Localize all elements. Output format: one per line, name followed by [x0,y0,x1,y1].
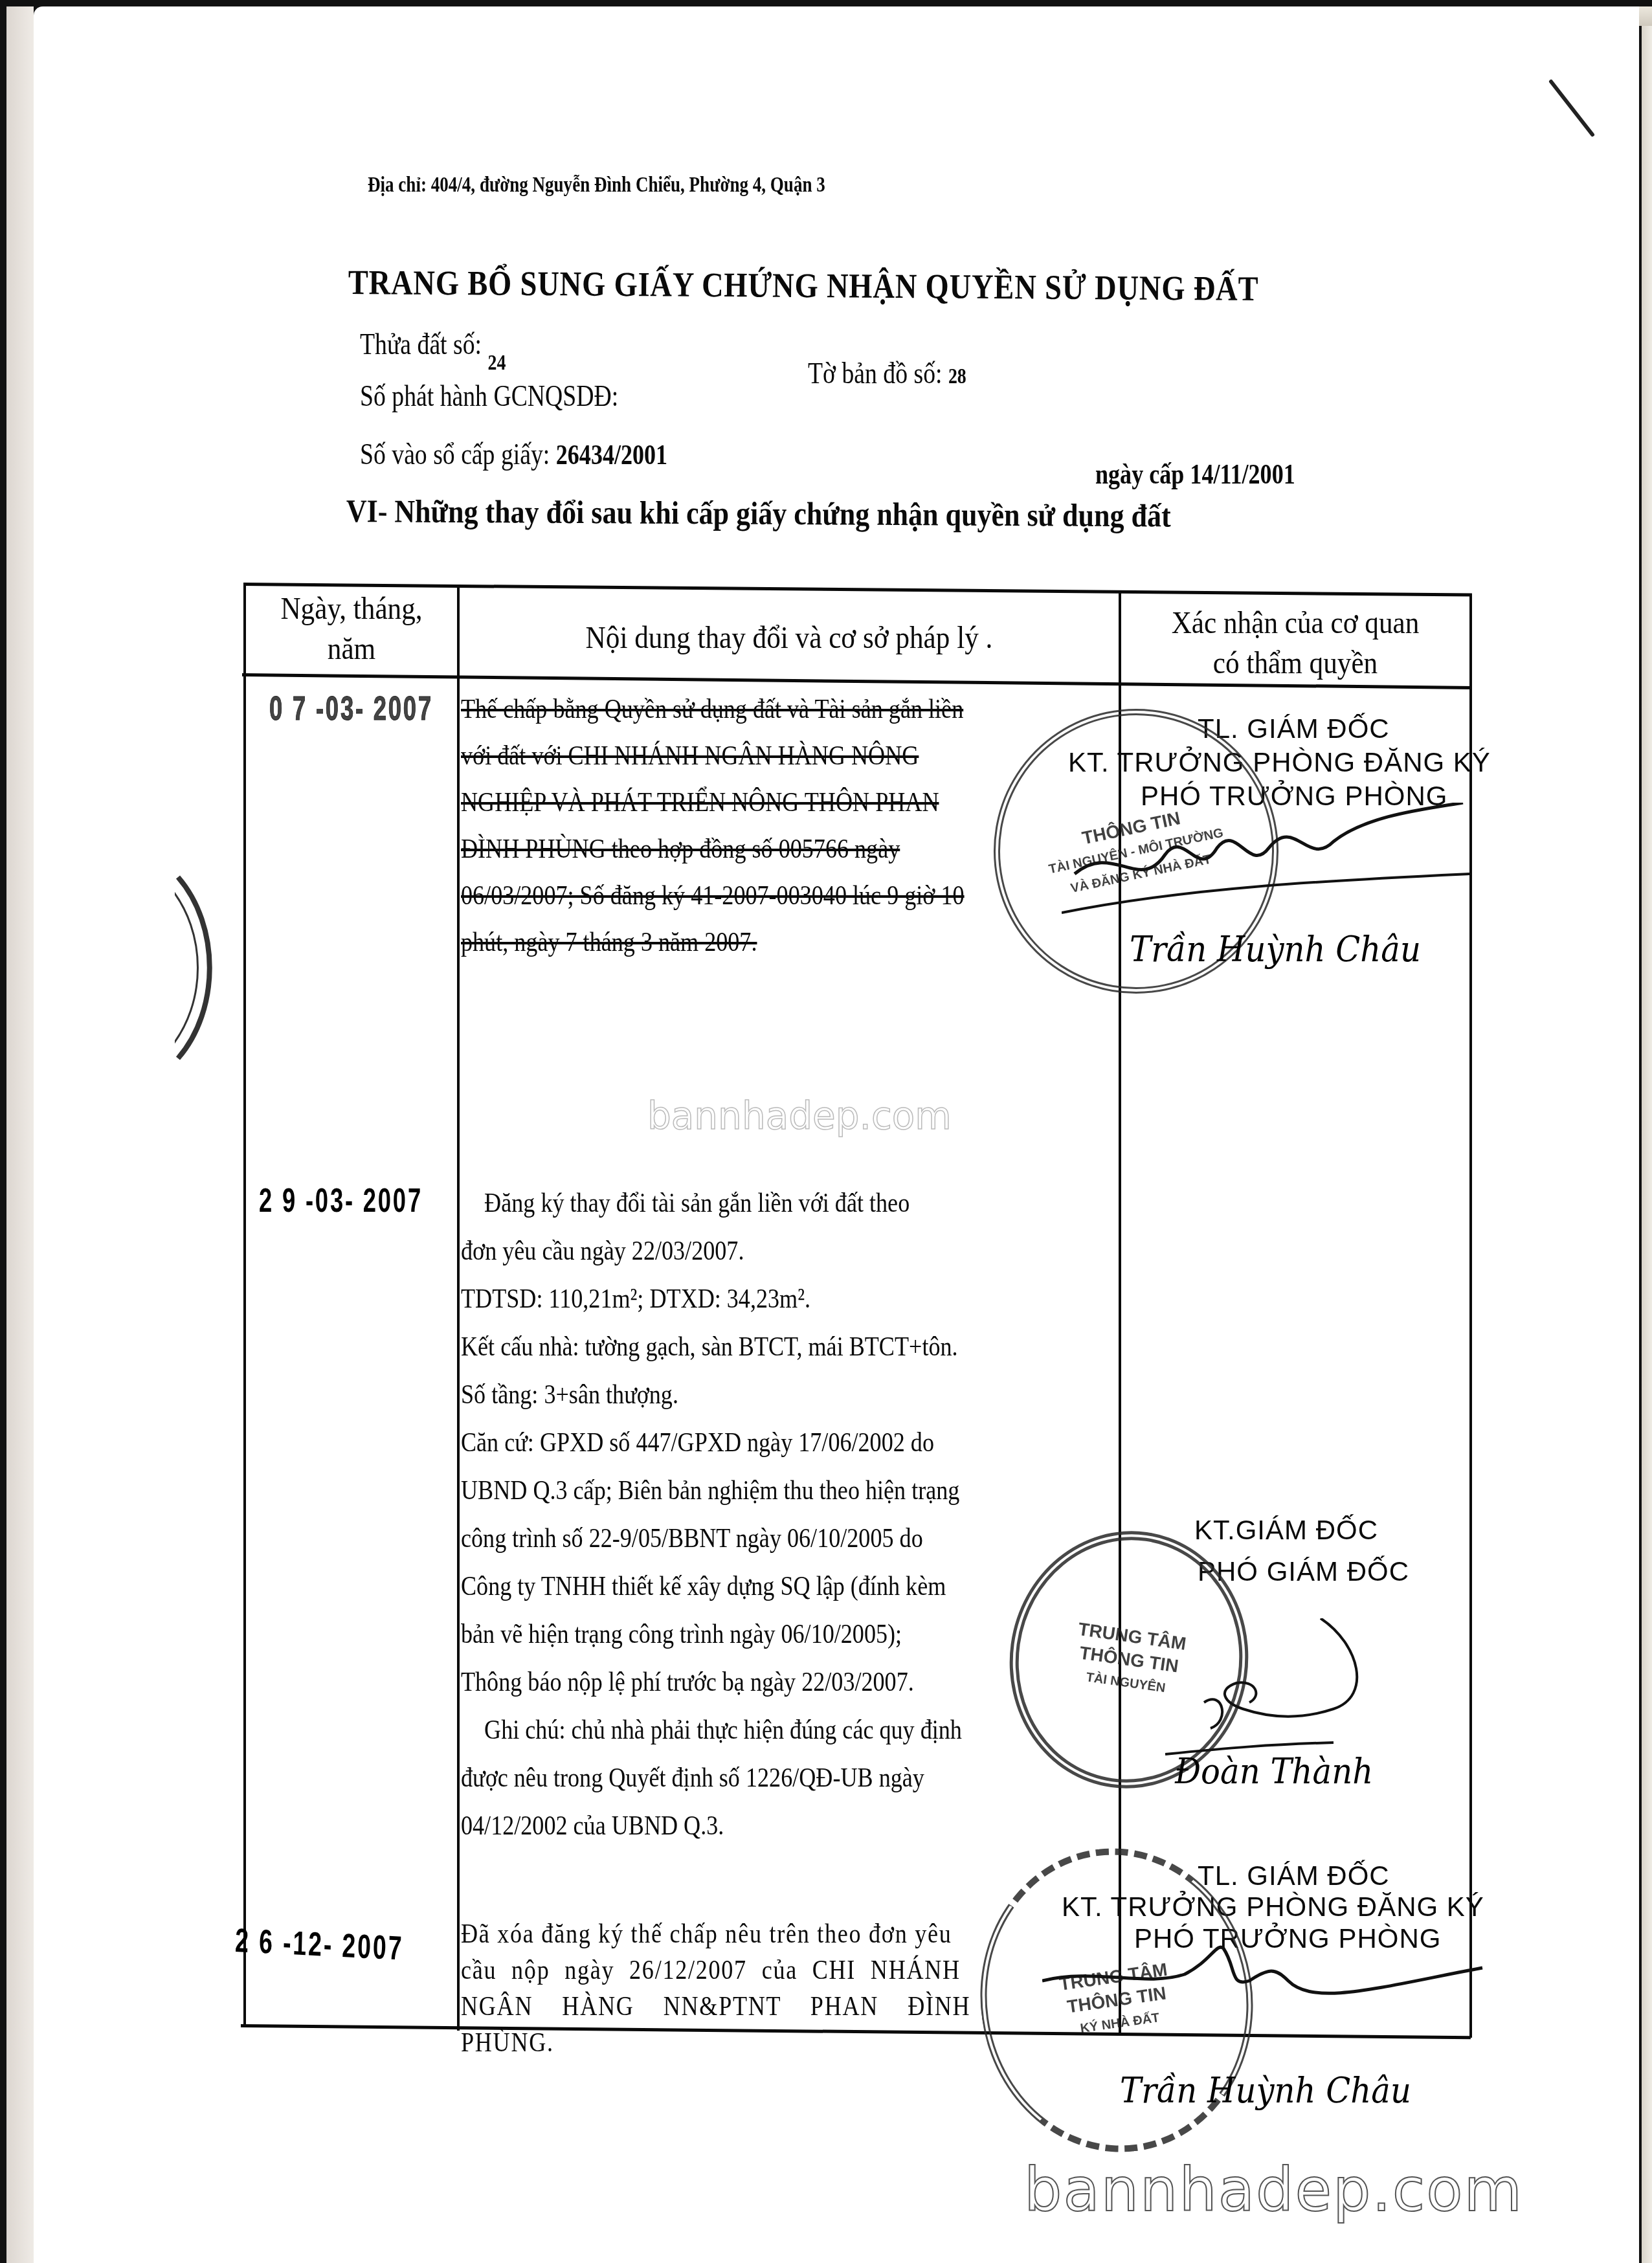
parcel-label: Thửa đất số: 24 [360,327,506,361]
scan-edge-right [1642,26,1652,2263]
authority-title-1: KT.GIÁM ĐỐC [1194,1512,1378,1548]
table-left-border [243,583,246,2026]
map-sheet-value: 28 [948,364,966,388]
parcel-value: 24 [487,351,506,375]
signer-name: Trần Huỳnh Châu [1130,929,1421,970]
partial-stamp-edge [175,874,233,1062]
register-number: Số vào sổ cấp giấy: 26434/2001 [360,437,667,471]
watermark-bottom: bannhadep.com [1024,2156,1523,2225]
signature-stroke [1062,803,1476,919]
map-sheet: Tờ bản đồ số: 28 [808,356,966,390]
row-date: 2 6 -12- 2007 [234,1921,404,1968]
register-value: 26434/2001 [556,439,667,471]
address-line: Địa chỉ: 404/4, đường Nguyễn Đình Chiểu,… [368,173,825,197]
row-content: Đã xóa đăng ký thế chấp nêu trên theo đơ… [461,1916,970,2061]
header-authority: Xác nhận của cơ quan có thẩm quyền [1139,603,1452,684]
header-date-line1: Ngày, tháng, [256,589,446,629]
map-sheet-label: Tờ bản đồ số: [808,357,942,390]
issue-number: Số phát hành GCNQSDĐ: [360,379,618,413]
authority-title-2: PHÓ GIÁM ĐỐC [1198,1554,1409,1590]
parcel-label-text: Thửa đất số: [360,328,482,361]
watermark-middle: bannhadep.com [647,1094,952,1138]
issue-date: ngày cấp 14/11/2001 [1095,458,1295,491]
header-authority-line2: có thẩm quyền [1139,643,1452,684]
header-authority-line1: Xác nhận của cơ quan [1139,603,1452,643]
header-date-line2: năm [256,629,446,669]
row-content: Đăng ký thay đổi tài sản gắn liền với đấ… [461,1179,962,1850]
signer-name: Đoàn Thành [1175,1751,1373,1792]
pen-mark [1547,78,1599,142]
row-date: 2 9 -03- 2007 [259,1181,423,1220]
signature-stroke [1165,1618,1398,1761]
header-date: Ngày, tháng, năm [256,589,446,669]
signer-name: Trần Huỳnh Châu [1120,2070,1411,2111]
row-date: 0 7 -03- 2007 [269,689,433,728]
header-content: Nội dung thay đổi và cơ sở pháp lý . [493,618,1086,658]
issue-number-label: Số phát hành GCNQSDĐ: [360,379,618,412]
document-title: TRANG BỔ SUNG GIẤY CHỨNG NHẬN QUYỀN SỬ D… [348,262,1259,309]
row-content: Thế chấp bằng Quyền sử dụng đất và Tài s… [461,686,965,966]
signature-stroke [1042,1942,1489,2033]
scan-edge-left [6,6,34,2263]
section-title: VI- Những thay đổi sau khi cấp giấy chứn… [346,492,1171,535]
col-divider-1 [457,586,460,2031]
register-label: Số vào sổ cấp giấy: [360,438,550,471]
